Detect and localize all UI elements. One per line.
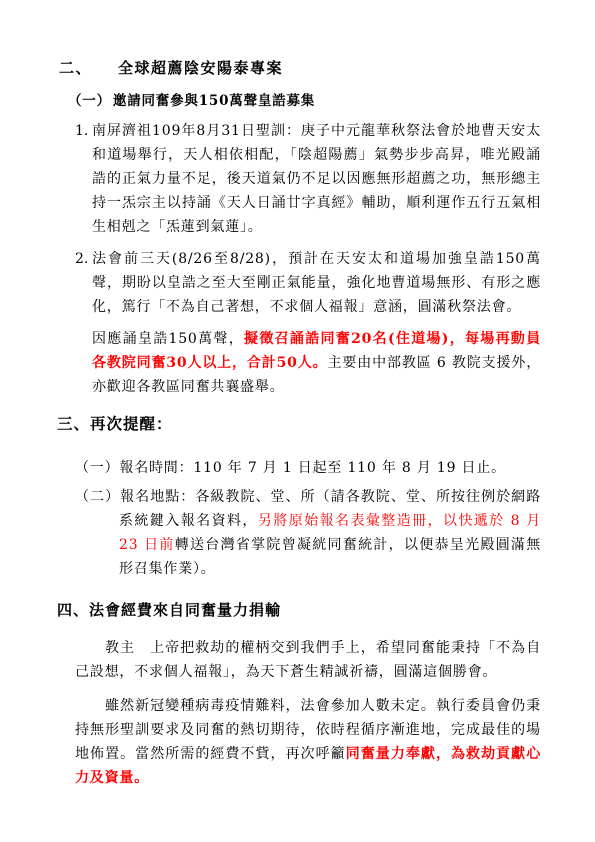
section-2-heading: 二、 全球超薦陰安陽泰專案 bbox=[59, 58, 541, 78]
item-1-text: 南屏濟祖109年8月31日聖訓：庚子中元龍華秋祭法會於地曹天安太和道場舉行，天人… bbox=[92, 119, 541, 239]
item-2-text: 法會前三天(8/26至8/28)，預計在天安太和道場加強皇誥150萬聲，期盼以皇… bbox=[92, 247, 541, 319]
section-4-heading: 四、法會經費來自同奮量力捐輸 bbox=[57, 599, 541, 621]
section-2-title: 全球超薦陰安陽泰專案 bbox=[118, 58, 283, 78]
reminder-2-label: （二） bbox=[75, 489, 120, 505]
document-page: 二、 全球超薦陰安陽泰專案 （一） 邀請同奮參與150萬聲皇誥募集 1. 南屏濟… bbox=[0, 0, 595, 842]
subheading-title: 邀請同奮參與150萬聲皇誥募集 bbox=[113, 92, 315, 110]
numbered-item-1: 1. 南屏濟祖109年8月31日聖訓：庚子中元龍華秋祭法會於地曹天安太和道場舉行… bbox=[75, 119, 541, 239]
reminder-1-text: 報名時間：110 年 7 月 1 日起至 110 年 8 月 19 日止。 bbox=[119, 460, 506, 476]
section-2-number: 二、 bbox=[59, 58, 92, 78]
recruitment-lead-text: 因應誦皇誥150萬聲， bbox=[92, 331, 244, 347]
item-1-number: 1. bbox=[75, 119, 92, 239]
reminder-1-label: （一） bbox=[75, 460, 119, 476]
recruitment-paragraph: 因應誦皇誥150萬聲，擬徵召誦誥同奮20名(住道場)，每場再動員各教院同奮30人… bbox=[92, 327, 541, 399]
donation-paragraph-2: 雖然新冠變種病毒疫情難料，法會參加人數未定。執行委員會仍秉持無形聖訓要求及同奮的… bbox=[75, 694, 541, 790]
reminder-2-post-text: 轉送台灣省掌院曾凝絖同奮統計，以便恭呈光殿圓滿無形召集作業）。 bbox=[119, 537, 541, 577]
reminder-item-1: （一）報名時間：110 年 7 月 1 日起至 110 年 8 月 19 日止。 bbox=[75, 456, 541, 480]
numbered-item-2: 2. 法會前三天(8/26至8/28)，預計在天安太和道場加強皇誥150萬聲，期… bbox=[75, 247, 541, 319]
section-3-heading: 三、再次提醒： bbox=[57, 413, 541, 435]
subheading-label: （一） bbox=[68, 92, 111, 110]
reminder-item-2: （二）報名地點：各級教院、堂、所（請各教院、堂、所按往例於網路系統鍵入報名資料，… bbox=[75, 485, 541, 581]
section-2-subheading: （一） 邀請同奮參與150萬聲皇誥募集 bbox=[68, 92, 541, 110]
donation-paragraph-1: 教主 上帝把救劫的權柄交到我們手上，希望同奮能秉持「不為自己設想，不求個人福報」… bbox=[75, 636, 541, 684]
item-2-number: 2. bbox=[75, 247, 92, 319]
